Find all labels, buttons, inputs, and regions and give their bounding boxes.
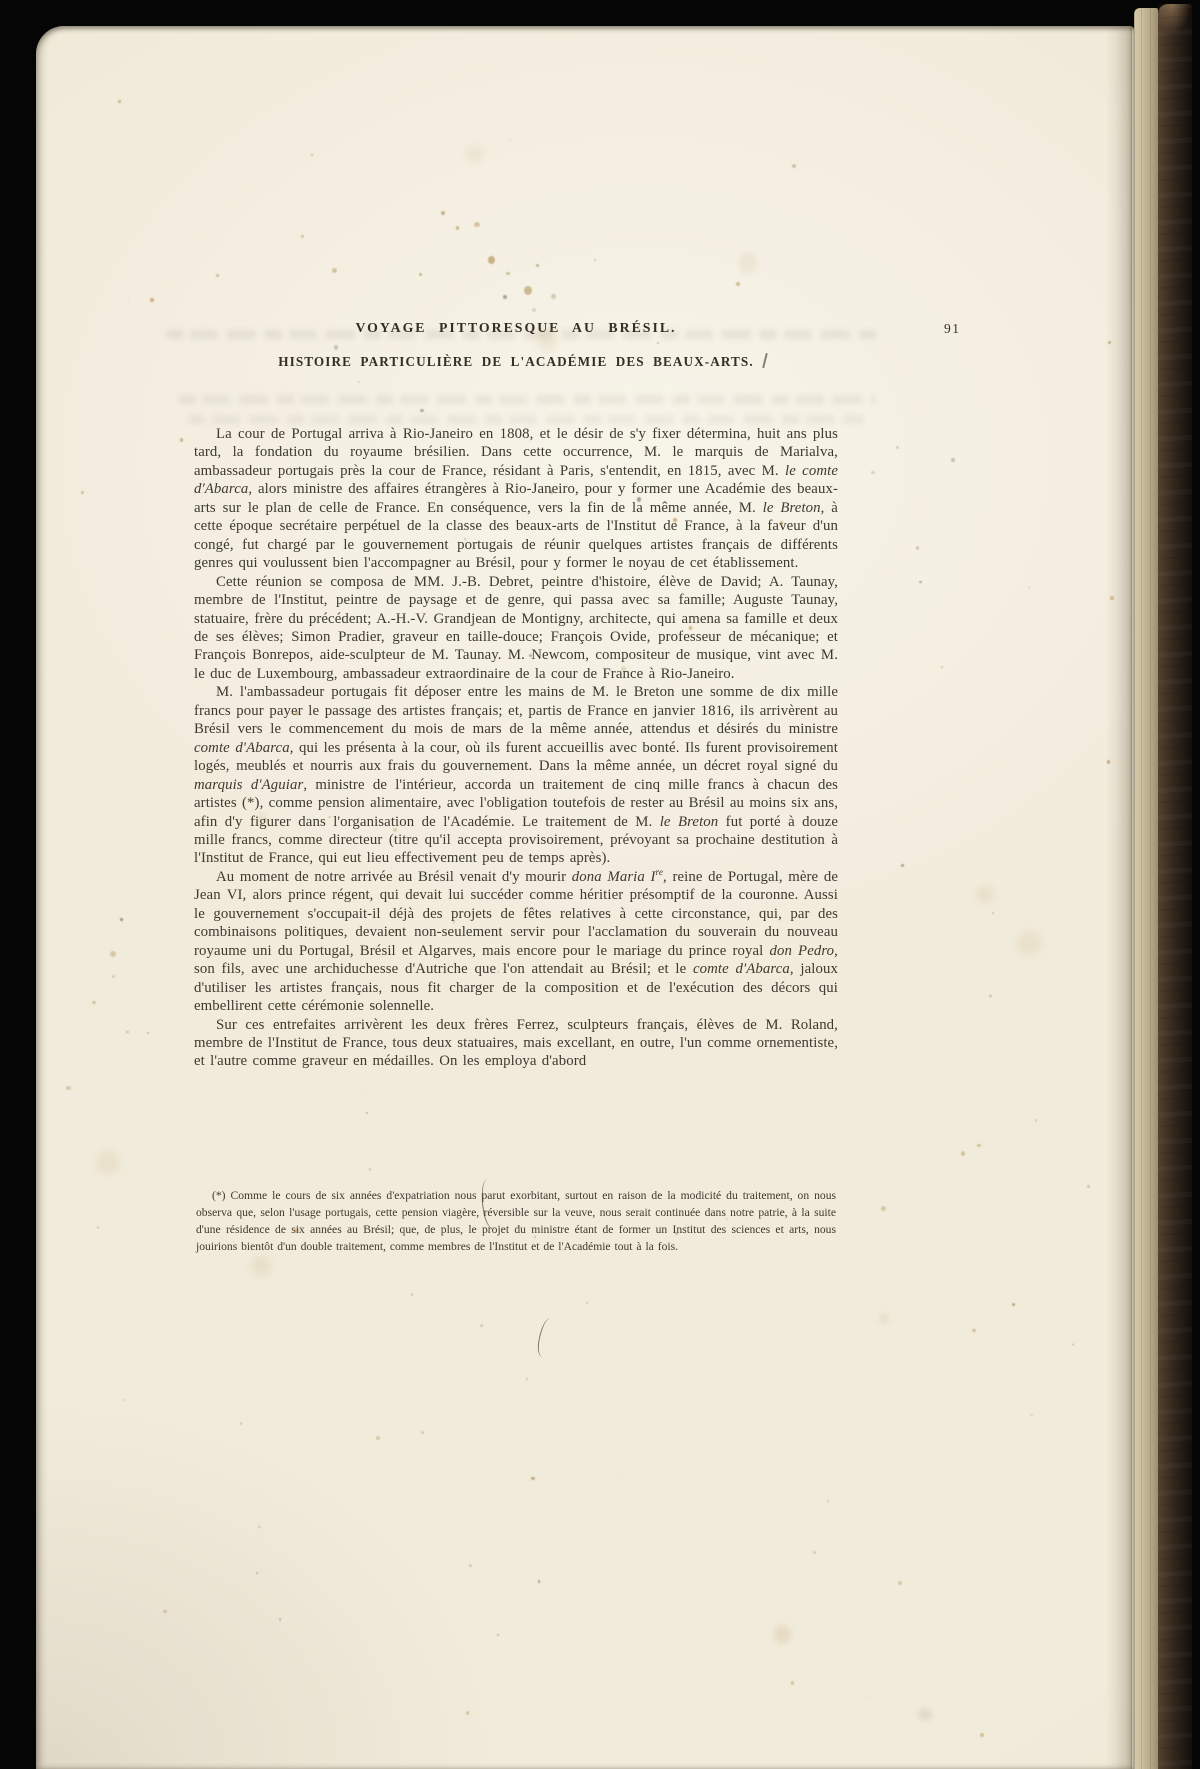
foxing-spot xyxy=(977,1144,980,1147)
foxing-spot xyxy=(916,546,919,550)
paragraph: (*) Comme le cours de six années d'expat… xyxy=(196,1188,836,1256)
body-text: La cour de Portugal arriva à Rio-Janeiro… xyxy=(194,425,838,1071)
foxing-spot xyxy=(871,471,875,474)
foxing-spot xyxy=(81,491,84,494)
foxing-spot xyxy=(418,734,420,736)
foxing-spot xyxy=(441,211,445,215)
foxing-spot xyxy=(980,1733,984,1737)
foxing-spot xyxy=(420,409,423,412)
foxing-spot xyxy=(529,654,532,657)
foxing-spot xyxy=(366,1112,368,1114)
foxing-spot xyxy=(466,1711,469,1715)
foxing-spot xyxy=(147,1032,149,1034)
foxing-spot xyxy=(538,1580,540,1582)
foxing-spot xyxy=(163,1610,167,1613)
foxing-spot xyxy=(376,1436,380,1440)
foxing-spot xyxy=(251,1256,271,1276)
foxing-spot xyxy=(257,814,266,824)
foxing-spot xyxy=(279,1618,281,1620)
foxing-spot xyxy=(536,326,558,352)
foxing-spot xyxy=(689,626,692,630)
foxing-spot xyxy=(941,666,943,668)
foxing-spot xyxy=(951,458,955,462)
foxing-spot xyxy=(881,1206,886,1211)
foxing-spot xyxy=(258,1526,261,1528)
foxing-spot xyxy=(128,298,129,299)
book-photo: VOYAGE PITTORESQUE AU BRÉSIL. 91 HISTOIR… xyxy=(0,0,1200,1769)
foxing-spot xyxy=(1035,1119,1038,1122)
paragraph: Sur ces entrefaites arrivèrent les deux … xyxy=(194,1016,838,1071)
foxing-spot xyxy=(896,446,899,449)
foxing-spot xyxy=(1107,760,1110,764)
foxing-spot xyxy=(466,146,484,162)
foxing-spot xyxy=(295,1228,299,1232)
foxing-spot xyxy=(411,1293,413,1295)
foxing-spot xyxy=(118,100,121,103)
foxing-spot xyxy=(660,1623,661,1625)
foxing-spot xyxy=(92,1001,96,1004)
foxing-spot xyxy=(536,264,539,267)
foxing-spot xyxy=(216,274,219,277)
foxing-spot xyxy=(551,294,556,299)
foxing-spot xyxy=(150,298,154,302)
foxing-spot xyxy=(678,930,681,933)
foxing-spot xyxy=(866,1696,867,1697)
page-edges xyxy=(1134,8,1158,1769)
foxing-spot xyxy=(331,1066,333,1067)
book-page: VOYAGE PITTORESQUE AU BRÉSIL. 91 HISTOIR… xyxy=(36,26,1134,1769)
foxing-spot xyxy=(637,497,641,502)
foxing-spot xyxy=(506,272,510,275)
foxing-spot xyxy=(469,1564,472,1567)
foxing-spot xyxy=(550,490,553,494)
foxing-spot xyxy=(1072,1344,1073,1345)
foxing-spot xyxy=(96,1151,120,1174)
foxing-spot xyxy=(369,1168,371,1171)
foxing-spot xyxy=(112,975,115,977)
foxing-spot xyxy=(586,1302,589,1304)
foxing-spot xyxy=(126,1031,129,1033)
paragraph: Au moment de notre arrivée au Brésil ven… xyxy=(194,868,838,1016)
foxing-spot xyxy=(972,1329,975,1332)
page-number: 91 xyxy=(944,321,961,337)
ghost-text-bleedthrough xyxy=(178,395,876,404)
foxing-spot xyxy=(256,1572,258,1574)
foxing-spot xyxy=(334,345,338,349)
paragraph: La cour de Portugal arriva à Rio-Janeiro… xyxy=(194,425,838,573)
foxing-spot xyxy=(498,971,499,973)
foxing-spot xyxy=(453,921,455,923)
foxing-spot xyxy=(813,1551,816,1554)
foxing-spot xyxy=(738,252,757,274)
foxing-spot xyxy=(880,1314,888,1322)
foxing-spot xyxy=(110,951,116,957)
foxing-spot xyxy=(791,1681,794,1685)
foxing-spot xyxy=(594,259,596,261)
foxing-spot xyxy=(919,581,922,584)
foxing-spot xyxy=(736,282,740,286)
foxing-spot xyxy=(363,1226,365,1228)
foxing-spot xyxy=(480,1324,483,1327)
foxing-spot xyxy=(332,268,337,273)
foxing-spot xyxy=(488,256,495,264)
foxing-spot xyxy=(976,886,994,903)
foxing-spot xyxy=(792,164,796,168)
foxing-spot xyxy=(992,912,994,914)
foxing-spot xyxy=(1016,931,1042,955)
foxing-spot xyxy=(1012,1303,1015,1306)
footnote-text: (*) Comme le cours de six années d'expat… xyxy=(196,1188,836,1256)
ghost-text-bleedthrough xyxy=(188,415,864,424)
foxing-spot xyxy=(645,1020,657,1030)
foxing-spot xyxy=(918,1709,931,1720)
foxing-spot xyxy=(621,1477,622,1478)
foxing-spot xyxy=(532,308,536,312)
foxing-spot xyxy=(180,438,184,442)
foxing-spot xyxy=(120,918,123,921)
foxing-spot xyxy=(474,222,480,227)
foxing-spot xyxy=(419,273,422,276)
foxing-spot xyxy=(328,816,331,819)
paragraph: M. l'ambassadeur portugais fit déposer e… xyxy=(194,683,838,868)
foxing-spot xyxy=(431,855,433,857)
foxing-spot xyxy=(124,1399,125,1400)
foxing-spot xyxy=(421,1431,424,1434)
foxing-spot xyxy=(901,864,904,867)
foxing-spot xyxy=(1108,341,1111,344)
foxing-spot xyxy=(961,1151,965,1156)
foxing-spot xyxy=(1028,587,1029,588)
foxing-spot xyxy=(898,1581,902,1585)
foxing-spot xyxy=(526,1378,528,1380)
foxing-spot xyxy=(358,381,360,383)
foxing-spot xyxy=(989,995,992,998)
foxing-spot xyxy=(616,506,618,508)
foxing-spot xyxy=(503,295,507,298)
foxing-spot xyxy=(240,1422,242,1425)
ink-hair-mark xyxy=(536,1317,558,1359)
foxing-spot xyxy=(1087,1185,1090,1188)
foxing-spot xyxy=(1110,596,1114,600)
foxing-spot xyxy=(774,1625,791,1644)
foxing-spot xyxy=(531,1477,534,1480)
running-title: VOYAGE PITTORESQUE AU BRÉSIL. xyxy=(194,320,838,336)
foxing-spot xyxy=(510,139,511,140)
foxing-spot xyxy=(66,1086,71,1090)
paragraph: Cette réunion se composa de MM. J.-B. De… xyxy=(194,573,838,684)
foxing-spot xyxy=(311,154,313,156)
foxing-spot xyxy=(301,235,303,237)
section-title: HISTOIRE PARTICULIÈRE DE L'ACADÉMIE DES … xyxy=(194,354,838,370)
book-cover-edge xyxy=(1158,4,1192,1769)
foxing-spot xyxy=(456,226,459,230)
foxing-spot xyxy=(556,581,560,586)
foxing-spot xyxy=(621,666,626,672)
foxing-spot xyxy=(827,1500,829,1502)
foxing-spot xyxy=(97,1227,98,1228)
foxing-spot xyxy=(393,828,397,832)
foxing-spot xyxy=(524,286,532,295)
foxing-spot xyxy=(497,1634,499,1636)
foxing-spot xyxy=(1030,1414,1032,1416)
foxing-spot xyxy=(657,342,659,344)
foxing-spot xyxy=(365,1089,366,1091)
